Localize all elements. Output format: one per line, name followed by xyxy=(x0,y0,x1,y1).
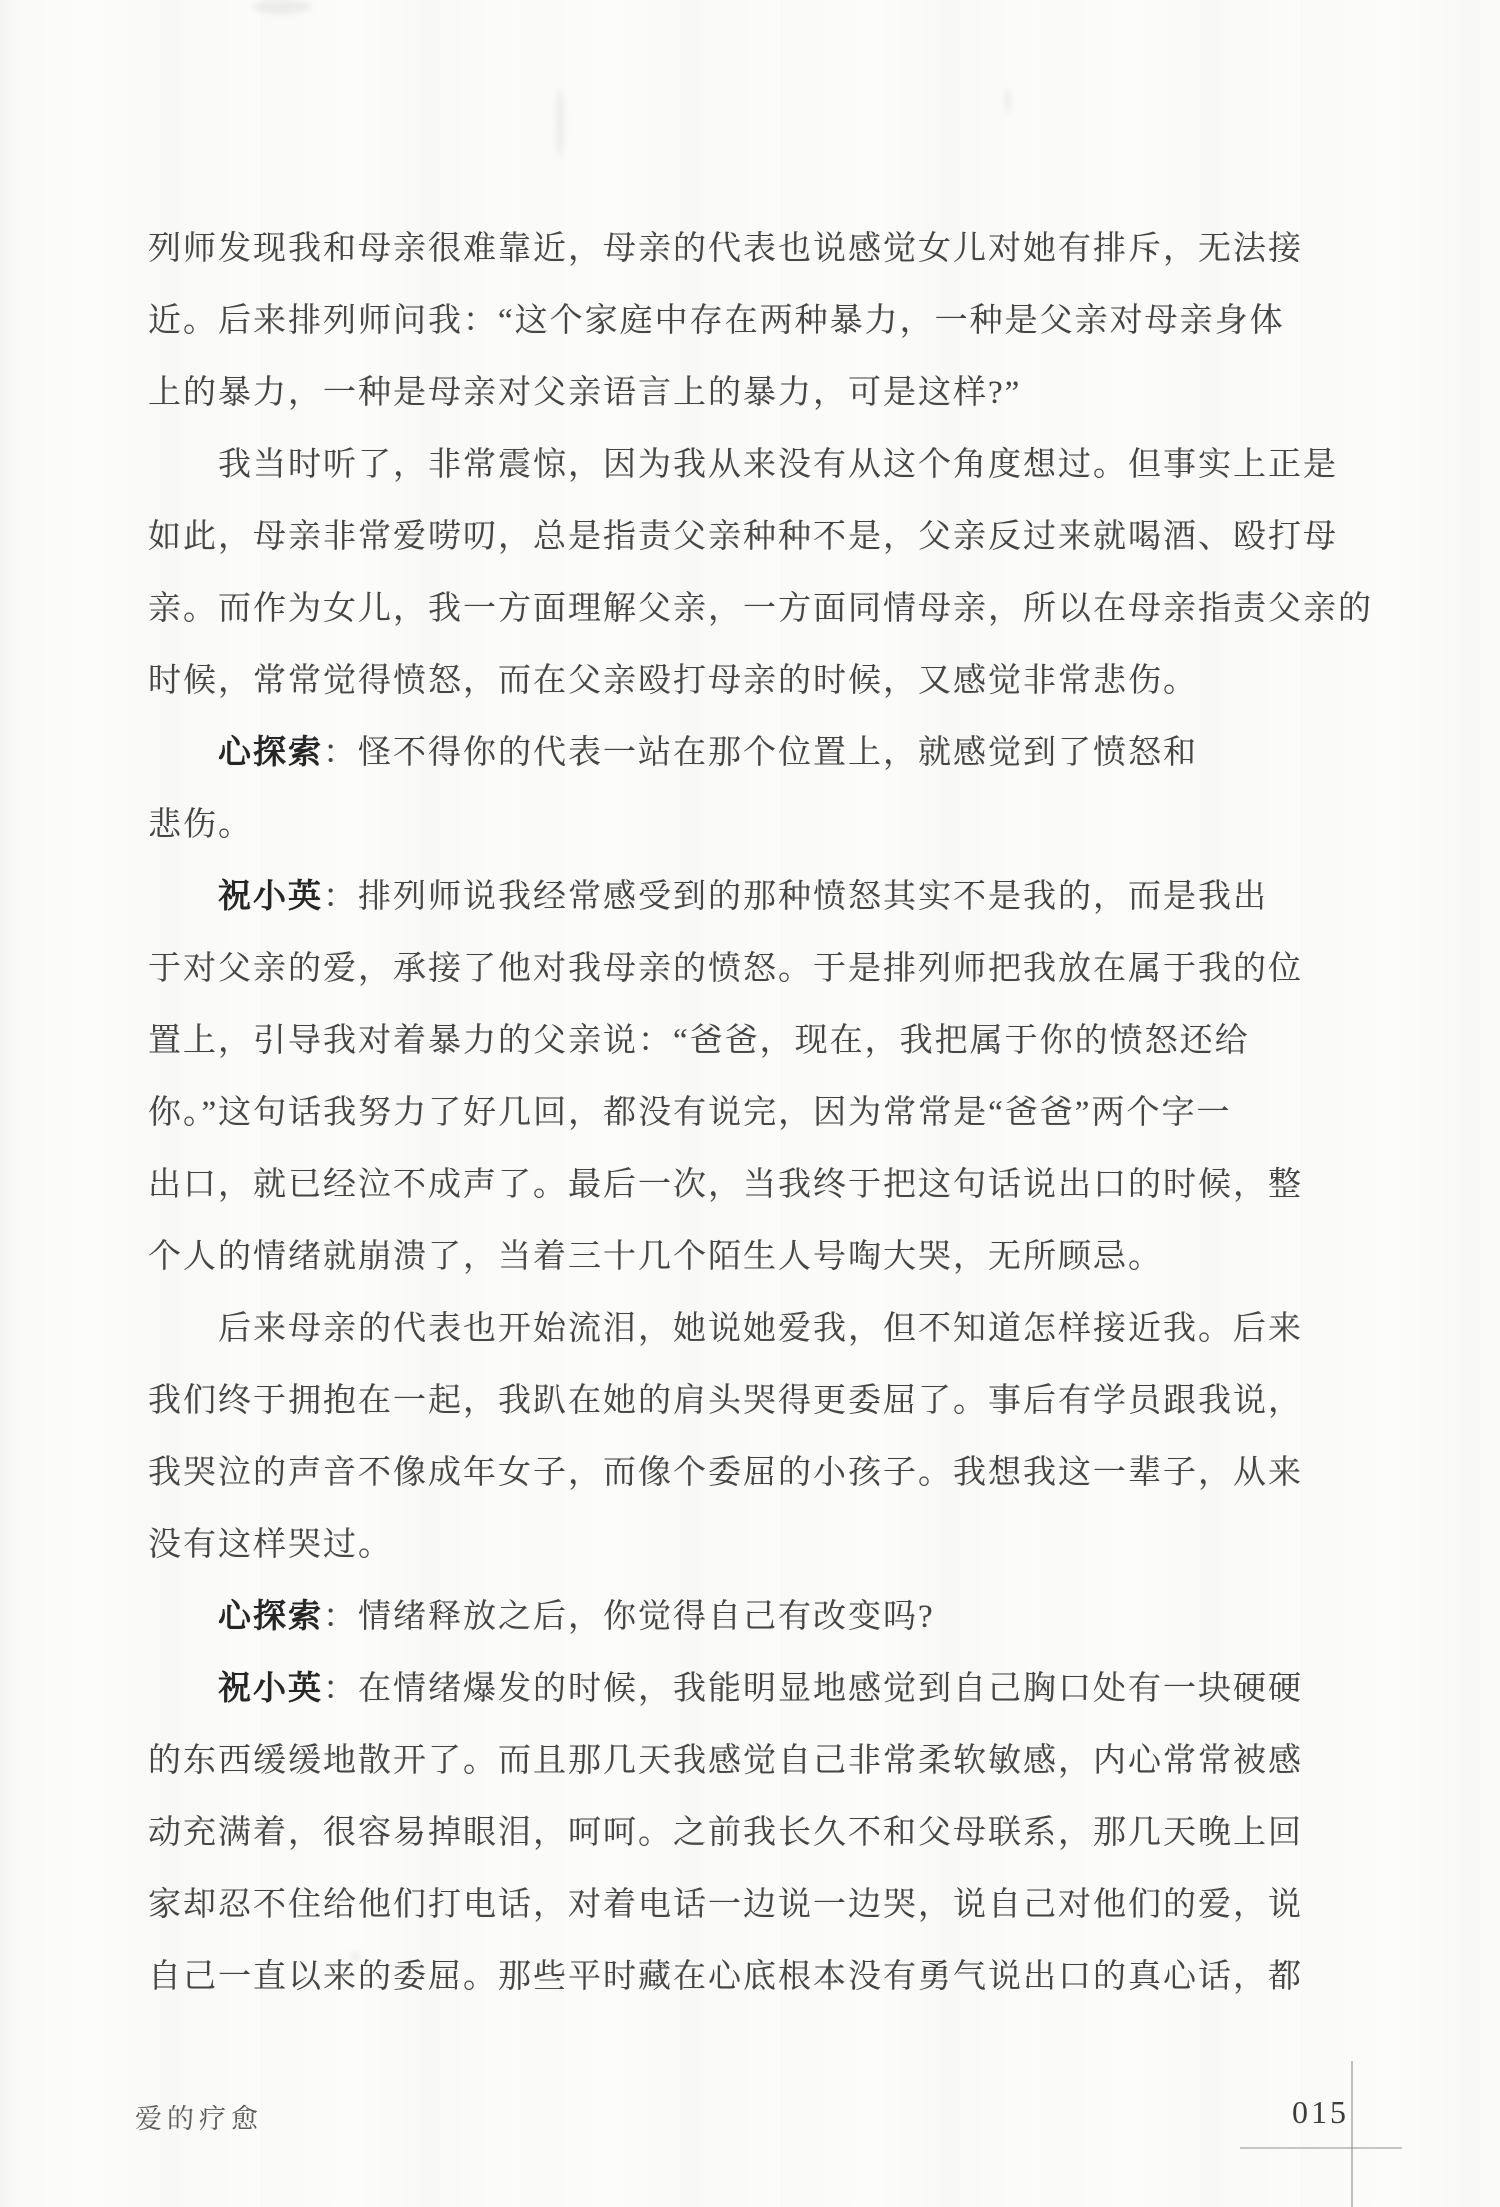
text-line: 祝小英：排列师说我经常感受到的那种愤怒其实不是我的，而是我出 xyxy=(148,861,1358,933)
text-line: 亲。而作为女儿，我一方面理解父亲，一方面同情母亲，所以在母亲指责父亲的 xyxy=(148,573,1358,645)
text-line: 心探索：情绪释放之后，你觉得自己有改变吗? xyxy=(148,1581,1358,1653)
text-line: 家却忍不住给他们打电话，对着电话一边说一边哭，说自己对他们的爱，说 xyxy=(148,1869,1358,1941)
crop-mark-vertical xyxy=(1351,2061,1353,2207)
text-line: 于对父亲的爱，承接了他对我母亲的愤怒。于是排列师把我放在属于我的位 xyxy=(148,933,1358,1005)
text-line: 没有这样哭过。 xyxy=(148,1509,1358,1581)
speaker-label: 心探索 xyxy=(218,1599,323,1635)
text-line: 你。”这句话我努力了好几回，都没有说完，因为常常是“爸爸”两个字一 xyxy=(148,1077,1358,1149)
text-line: 时候，常常觉得愤怒，而在父亲殴打母亲的时候，又感觉非常悲伤。 xyxy=(148,645,1358,717)
scan-smudge xyxy=(556,88,564,158)
body-text: 列师发现我和母亲很难靠近，母亲的代表也说感觉女儿对她有排斥，无法接近。后来排列师… xyxy=(148,213,1358,2013)
footer-book-title: 爱的疗愈 xyxy=(135,2097,263,2136)
text-line: 个人的情绪就崩溃了，当着三十几个陌生人号啕大哭，无所顾忌。 xyxy=(148,1221,1358,1293)
text-line: 悲伤。 xyxy=(148,789,1358,861)
speaker-label: 祝小英 xyxy=(218,1671,323,1707)
text-line: 祝小英：在情绪爆发的时候，我能明显地感觉到自己胸口处有一块硬硬 xyxy=(148,1653,1358,1725)
text-line: 后来母亲的代表也开始流泪，她说她爱我，但不知道怎样接近我。后来 xyxy=(148,1293,1358,1365)
text-line: 如此，母亲非常爱唠叨，总是指责父亲种种不是，父亲反过来就喝酒、殴打母 xyxy=(148,501,1358,573)
scan-smudge xyxy=(1005,88,1011,114)
text-line: 置上，引导我对着暴力的父亲说：“爸爸，现在，我把属于你的愤怒还给 xyxy=(148,1005,1358,1077)
text-line: 出口，就已经泣不成声了。最后一次，当我终于把这句话说出口的时候，整 xyxy=(148,1149,1358,1221)
text-line: 上的暴力，一种是母亲对父亲语言上的暴力，可是这样?” xyxy=(148,357,1358,429)
speaker-label: 心探索 xyxy=(218,735,323,771)
text-line: 近。后来排列师问我：“这个家庭中存在两种暴力，一种是父亲对母亲身体 xyxy=(148,285,1358,357)
text-line: 列师发现我和母亲很难靠近，母亲的代表也说感觉女儿对她有排斥，无法接 xyxy=(148,213,1358,285)
crop-mark-horizontal xyxy=(1240,2147,1402,2149)
text-line: 我当时听了，非常震惊，因为我从来没有从这个角度想过。但事实上正是 xyxy=(148,429,1358,501)
speaker-label: 祝小英 xyxy=(218,879,323,915)
scanned-book-page: 列师发现我和母亲很难靠近，母亲的代表也说感觉女儿对她有排斥，无法接近。后来排列师… xyxy=(0,0,1500,2207)
text-line: 我哭泣的声音不像成年女子，而像个委屈的小孩子。我想我这一辈子，从来 xyxy=(148,1437,1358,1509)
footer-page-number: 015 xyxy=(1292,2094,1349,2131)
text-line: 的东西缓缓地散开了。而且那几天我感觉自己非常柔软敏感，内心常常被感 xyxy=(148,1725,1358,1797)
scan-smudge xyxy=(252,0,312,14)
text-line: 自己一直以来的委屈。那些平时藏在心底根本没有勇气说出口的真心话，都 xyxy=(148,1941,1358,2013)
text-line: 心探索：怪不得你的代表一站在那个位置上，就感觉到了愤怒和 xyxy=(148,717,1358,789)
text-line: 我们终于拥抱在一起，我趴在她的肩头哭得更委屈了。事后有学员跟我说， xyxy=(148,1365,1358,1437)
text-line: 动充满着，很容易掉眼泪，呵呵。之前我长久不和父母联系，那几天晚上回 xyxy=(148,1797,1358,1869)
